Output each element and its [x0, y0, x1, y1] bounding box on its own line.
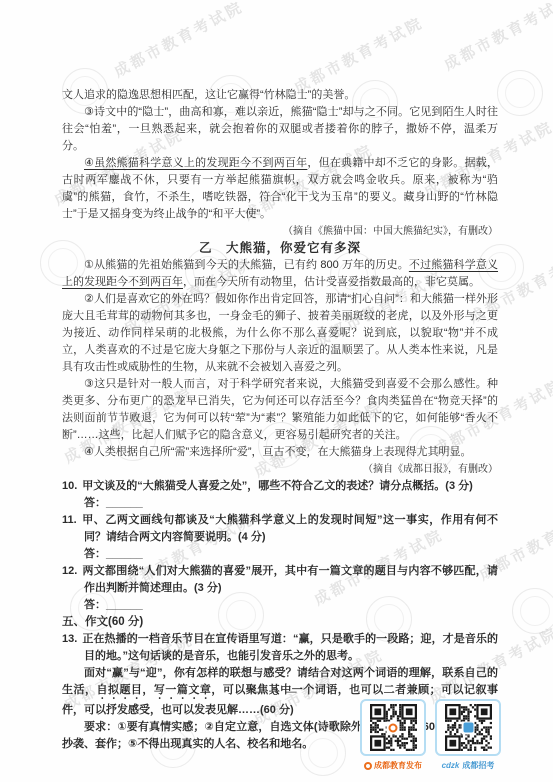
question-11: 11.甲、乙两文画线句都谈及“大熊猫科学意义上的发现时间短”这一事实，作用有何不… [62, 512, 498, 546]
qr-frame [435, 699, 501, 756]
exam-content: 文人追求的隐逸思想相匹配，这让它赢得“竹林隐士”的美誉。 ③诗文中的“隐士”，曲… [62, 87, 498, 753]
qr-card-zhaokao: cdzk 成都招考 [435, 699, 501, 771]
qr-frame [360, 699, 426, 756]
yi-attribution: （摘自《成都日报》，有删改） [62, 461, 498, 478]
question-10-number: 10. [62, 480, 77, 492]
question-11-answer-line: 答：______ [84, 546, 498, 563]
essay-section-title: 五、作文(60 分) [62, 614, 498, 631]
cdzk-logo-icon: cdzk [442, 761, 460, 770]
watermark-seal-icon [497, 70, 543, 116]
question-11-number: 11. [62, 514, 77, 526]
question-13-intro: 正在热播的一档音乐节目在宣传语里写道：“赢，只是歌手的一段路；迎，才是音乐的目的… [82, 633, 498, 662]
exam-paper-page: 成都市教育考试院成都市教育考试院成都市教育考试院成都市教育考试院成都市教育考试院… [0, 0, 553, 782]
passage-yi: 乙 大熊猫，你爱它有多深 ①从熊猫的先祖始熊猫到今天的大熊猫，已有约 800 万… [62, 240, 498, 478]
watermark-text: 成都市教育考试院 [440, 0, 553, 75]
page-number: — 3 — [0, 686, 553, 698]
sun-ring-icon [364, 762, 372, 770]
qr-label: 成都招考 [462, 760, 494, 771]
jia-paragraph-3: ③诗文中的“隐士”，曲高和寡，难以亲近，熊猫“隐士”却与之不同。它见到陌生人时往… [62, 104, 498, 155]
essay-question-13: 13.正在热播的一档音乐节目在宣传语里写道：“赢，只是歌手的一段路；迎，才是音乐… [62, 631, 498, 665]
watermark-seal-icon [512, 588, 553, 634]
question-block: 10.甲文谈及的“大熊猫受人喜爱之处”，哪些不符合乙文的表述？请分点概括。(3 … [62, 478, 498, 614]
passage-yi-title: 乙 大熊猫，你爱它有多深 [62, 240, 498, 257]
question-12-answer-line: 答：______ [84, 597, 498, 614]
jia-paragraph-continuation: 文人追求的隐逸思想相匹配，这让它赢得“竹林隐士”的美誉。 [62, 87, 498, 104]
question-12-number: 12. [62, 565, 77, 577]
passage-jia: 文人追求的隐逸思想相匹配，这让它赢得“竹林隐士”的美誉。 ③诗文中的“隐士”，曲… [62, 87, 498, 240]
yi-paragraph-1: ①从熊猫的先祖始熊猫到今天的大熊猫，已有约 800 万年的历史。不过熊猫科学意义… [62, 257, 498, 291]
question-10-answer-line: 答：______ [84, 495, 498, 512]
question-10-text: 甲文谈及的“大熊猫受人喜爱之处”，哪些不符合乙文的表述？请分点概括。(3 分) [82, 480, 473, 492]
qr-caption: cdzk 成都招考 [435, 760, 501, 771]
yi-paragraph-4: ④人类根据自己所“需”来选择所“爱”，亘古不变，在大熊猫身上表现得尤其明显。 [62, 444, 498, 461]
question-11-text: 甲、乙两文画线句都谈及“大熊猫科学意义上的发现时间短”这一事实，作用有何不同？请… [82, 514, 498, 543]
qr-label: 成都教育发布 [374, 760, 422, 771]
question-12: 12.两文都围绕“人们对大熊猫的喜爱”展开，其中有一篇文章的题目与内容不够匹配，… [62, 563, 498, 597]
qr-center-logo-icon [387, 721, 400, 734]
yi-paragraph-2: ②人们是喜欢它的外在吗？假如你作出肯定回答，那请“扪心自问”：和大熊猫一样外形庞… [62, 291, 498, 376]
yi-paragraph-3: ③这只是针对一般人而言，对于科学研究者来说，大熊猫受到喜爱不会那么感性。种类更多… [62, 376, 498, 444]
question-13-number: 13. [62, 633, 77, 645]
qr-card-jiaoyu-fabu: 成都教育发布 [360, 699, 426, 771]
jia-paragraph-4: ④虽然熊猫科学意义上的发现距今不到两百年，但在典籍中却不乏它的身影。据载，古时两… [62, 155, 498, 223]
qr-caption: 成都教育发布 [360, 760, 426, 771]
question-12-text: 两文都围绕“人们对大熊猫的喜爱”展开，其中有一篇文章的题目与内容不够匹配，请作出… [82, 565, 498, 594]
qr-center-logo-icon [462, 721, 475, 734]
qr-code-area: 成都教育发布 cdzk 成都招考 [360, 699, 501, 771]
watermark-text: 成都市教育考试院 [110, 0, 247, 82]
question-10: 10.甲文谈及的“大熊猫受人喜爱之处”，哪些不符合乙文的表述？请分点概括。(3 … [62, 478, 498, 495]
jia-attribution: （摘自《熊猫中国：中国大熊猫纪实》，有删改） [62, 223, 498, 240]
watermark-text: 成都市教育考试院 [290, 12, 427, 98]
